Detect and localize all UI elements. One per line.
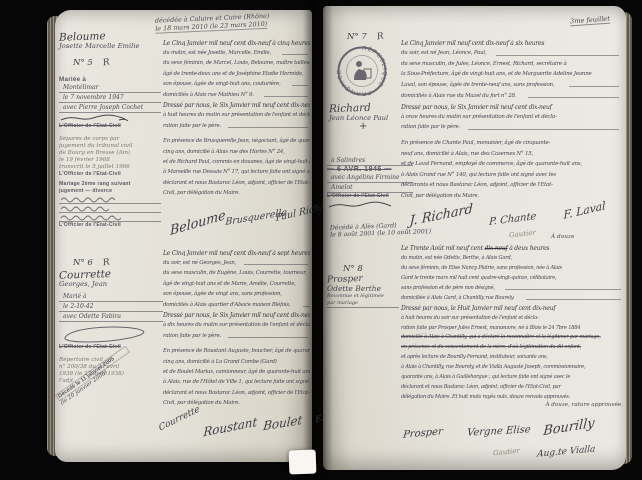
page-right: 3me feuillet N° 7 R RÉPUBLIQUE · FRANÇAI… bbox=[323, 6, 626, 470]
body-line: cinq ans, domicilié à La Grand Combe (Ga… bbox=[163, 355, 310, 365]
body-line-struck: domicilié à Alais à Chantilly, qui a déc… bbox=[401, 331, 623, 341]
body-line: son épouse, âgée de vingt-huit ans, cout… bbox=[163, 78, 310, 88]
body-line: Laval, son épouse, âgée de trente-neuf a… bbox=[401, 78, 621, 89]
separation-mention: Séparés de corps par jugement du tribuna… bbox=[59, 136, 161, 171]
marriage-date: le 2-10-42 bbox=[59, 302, 163, 312]
second-marriage-stamp-line1: Mariage 2ème rang suivant bbox=[59, 181, 161, 188]
marriage-mention-stamp: Mariée à bbox=[59, 76, 161, 83]
body-line: du sexe féminin, de Elise Nancy Platrie,… bbox=[401, 262, 623, 272]
record6-body: Le Cinq Janvier mil neuf cent dix-neuf à… bbox=[163, 246, 310, 407]
scribble-icon bbox=[59, 204, 117, 212]
signature: Bourilly bbox=[543, 416, 596, 440]
second-marriage-stamp-line2: jugement — divorce bbox=[59, 188, 161, 195]
body-line: Le Cinq Janvier mil neuf cent dix-neuf à… bbox=[163, 246, 310, 256]
body-line-struck: en présence et du consentement de la mèr… bbox=[401, 341, 623, 351]
body-line: domiciliés à Alais rue Mathieu N° 9. bbox=[163, 88, 310, 98]
record7-number-row: N° 7 R bbox=[329, 32, 399, 42]
signature: F. Laval bbox=[563, 199, 605, 222]
body-line: Civil, par délégation du Maire. bbox=[401, 189, 621, 200]
record8-act-number: N° 8 bbox=[343, 264, 363, 274]
marriage-spouse: avec Pierre Joseph Cochet bbox=[59, 103, 161, 113]
record5-number-row: N° 5 R bbox=[59, 58, 161, 68]
separation-line: de Bourg en Bresse (Ain) bbox=[59, 150, 161, 157]
body-line: domiciliés à Alais rue du Mazel du fort … bbox=[401, 89, 621, 100]
body-line: âgé de trente-deux ans et de Joséphine E… bbox=[163, 67, 310, 77]
line-fragment: Le Trente Août mil neuf cent bbox=[401, 244, 485, 252]
signature: Beloume bbox=[170, 208, 226, 239]
record6-act-number: N° 6 bbox=[73, 258, 93, 268]
body-line: ration faite par Prosper Jules Ernest, m… bbox=[401, 321, 623, 331]
body-line: Dressé par nous, le Six Janvier mil neuf… bbox=[163, 98, 310, 108]
officier-stamp: L'Officier de l'Etat-Civil bbox=[59, 171, 161, 178]
body-line: domiciliés à Alais quartier d'Alsace mai… bbox=[163, 298, 310, 308]
closing-approval-note: À douze, rature approuvée. bbox=[401, 402, 623, 408]
body-line: du sexe masculin, de Eugène, Louis, Cour… bbox=[163, 267, 310, 277]
officier-stamp: L'Officier de l'Etat-Civil bbox=[59, 222, 161, 229]
body-line: cinq ans, domicilié à Alais rue des Hort… bbox=[163, 145, 310, 155]
interline-correction: À douze bbox=[551, 234, 574, 240]
record7-surname: Richard bbox=[329, 101, 399, 115]
body-line: déclarant et nous Bastarac Léon, adjoint… bbox=[163, 176, 310, 186]
signature: P. Chante bbox=[489, 211, 537, 228]
illegible-handwriting bbox=[59, 213, 161, 222]
record7-signatures: J. Richard P. Chante F. Laval Gautier bbox=[401, 202, 623, 246]
separation-line: transcrit le 5 juillet 1966 bbox=[59, 164, 161, 171]
body-line: Civil, par délégation du Maire. bbox=[163, 186, 310, 196]
body-line: déclarant et nous Bastarac Léon, adjoint… bbox=[163, 386, 310, 396]
body-line: à Alais à Chantilly, rue Bourely, et de … bbox=[401, 361, 623, 371]
body-line: quarante ans, à Alais à Guillehorgue ; q… bbox=[401, 371, 623, 381]
officer-paraph: R bbox=[102, 257, 110, 268]
body-line: Dressé par nous, le Six Janvier mil neuf… bbox=[163, 308, 310, 318]
body-line: du matin, est née Odette, Berthe, à Alai… bbox=[401, 252, 623, 262]
civil-register-scan: décédée à Caluire et Cuire (Rhône) le 18… bbox=[0, 0, 642, 480]
body-line: la Sous-Préfecture, âgé de vingt-huit an… bbox=[401, 68, 621, 79]
body-line: ration faite par le père. bbox=[163, 329, 310, 339]
body-line: à onze heures du matin sur présentation … bbox=[401, 110, 621, 121]
body-line: du soir, est né Georges, Jean, bbox=[163, 256, 310, 266]
body-line: âgé de vingt-huit ans et de Marie, Améli… bbox=[163, 277, 310, 287]
marriage-date: le 7 novembre 1947 bbox=[59, 93, 161, 103]
bookmark-tab bbox=[289, 450, 317, 475]
body-line: à huit heures du soir sur présentation d… bbox=[401, 311, 623, 321]
swash-flourish-icon bbox=[59, 113, 131, 123]
signature-pencil: Gautier bbox=[509, 229, 537, 240]
signature: Aug.te Vialla bbox=[537, 444, 596, 459]
body-line: sans profession et de père non désigné, bbox=[401, 282, 623, 292]
illegible-handwriting bbox=[59, 204, 161, 213]
record7-body: Le Cinq Janvier mil neuf cent dix-neuf à… bbox=[401, 36, 621, 200]
record5-signatures: Beloume Brusquerelle Paul Richard bbox=[163, 202, 313, 244]
separation-line: Séparés de corps par bbox=[59, 136, 161, 143]
body-line: Le Cinq Janvier mil neuf cent dix-neuf à… bbox=[163, 36, 310, 46]
body-line: à huit heures du matin sur présentation … bbox=[163, 109, 310, 119]
body-line: et après lecture de Bourilly Fernand, in… bbox=[401, 351, 623, 361]
separation-line: jugement du tribunal civil bbox=[59, 143, 161, 150]
record8-signatures: Prosper Vergne Elise Bourilly Gautier Au… bbox=[401, 420, 623, 472]
struck-word: dix-neuf bbox=[485, 244, 508, 252]
officer-paraph: R bbox=[102, 57, 110, 68]
body-line: et de Laval Fernand, employé de commerce… bbox=[401, 158, 621, 169]
signature-pencil: Gautier bbox=[493, 447, 521, 458]
body-line: à dix heures du matin sur présentation d… bbox=[163, 319, 310, 329]
record5-margin: Beloume Josette Marcelle Emilie N° 5 R M… bbox=[59, 30, 161, 229]
signature: Roustant bbox=[203, 415, 257, 440]
legitimation-mention-line2: par mariage bbox=[327, 300, 399, 308]
body-line: ration faite par le père. bbox=[163, 119, 310, 129]
deceased-cross-mark: + bbox=[329, 122, 399, 132]
body-line: du soir, est né Jean, Léonce, Paul, bbox=[401, 47, 621, 58]
body-line: du sexe féminin, de Marcel, Louis, Belou… bbox=[163, 57, 310, 67]
illegible-handwriting bbox=[59, 195, 161, 204]
body-line: son épouse, âgée de vingt ans, sans prof… bbox=[163, 288, 310, 298]
signature: J. Richard bbox=[409, 202, 473, 230]
record8-body: À douze Le Trente Août mil neuf cent dix… bbox=[401, 242, 623, 408]
body-line: déclarant et nous Bastarac Léon, adjoint… bbox=[401, 380, 623, 390]
folio-corner-note: 3me feuillet bbox=[570, 15, 610, 27]
body-line: En présence de Chante Paul, menuisier, â… bbox=[401, 136, 621, 147]
body-line: Gard le trente mars mil huit cent quatre… bbox=[401, 272, 623, 282]
page-left: décédée à Caluire et Cuire (Rhône) le 18… bbox=[55, 10, 312, 462]
body-line: du matin, est née Josette, Marcelle, Emi… bbox=[163, 46, 310, 56]
body-line: Dressé par nous, le Huit Janvier mil neu… bbox=[401, 301, 623, 311]
record6-signatures: Courrette Roustant Boulet E. Gaston bbox=[155, 406, 313, 452]
signature: Boulet bbox=[263, 413, 303, 434]
body-line: Dressé par nous, le Six Janvier mil neuf… bbox=[401, 100, 621, 111]
body-line: neuf ans, domicilié à Alais, rue des Cas… bbox=[401, 147, 621, 158]
body-line: domiciliée à Alais Gard, à Chantilly rue… bbox=[401, 291, 623, 301]
swash-flourish-icon bbox=[327, 200, 397, 210]
signature: Courrette bbox=[158, 404, 201, 433]
body-line: et de Richard Paul, commis en douanes, â… bbox=[163, 155, 310, 165]
body-line: du sexe masculin, de Jules, Léonce, Erne… bbox=[401, 57, 621, 68]
body-line: déclarants et nous Bastarac Léon, adjoin… bbox=[401, 179, 621, 190]
body-line: Le Cinq Janvier mil neuf cent dix-neuf à… bbox=[401, 36, 621, 47]
body-line: à Alais Grand rue N° 140, qui lecture fa… bbox=[401, 168, 621, 179]
marriage-spouse: avec Odette Fabira bbox=[59, 312, 163, 322]
record5-body: Le Cinq Janvier mil neuf cent dix-neuf à… bbox=[163, 36, 310, 197]
scribble-icon bbox=[59, 213, 125, 221]
separation-line: le 19 février 1968 bbox=[59, 157, 161, 164]
signature: Prosper bbox=[403, 426, 444, 441]
republique-francaise-round-stamp-icon: RÉPUBLIQUE · FRANÇAISE · bbox=[335, 44, 389, 98]
legitimation-mention-line1: Reconnue et légitimée bbox=[327, 293, 399, 300]
body-line: à Marseille rue Dessais N° 17, qui lectu… bbox=[163, 166, 310, 176]
body-line: à Alais, rue de l'Hôtel de Ville 1, qui … bbox=[163, 376, 310, 386]
signature: Vergne Elise bbox=[467, 424, 532, 438]
officier-stamp-struck: L'Officier de l'Etat-Civil bbox=[59, 123, 161, 130]
body-line: En présence de Brusquerelle Jean, négoci… bbox=[163, 135, 310, 145]
record7-act-number: N° 7 bbox=[347, 32, 367, 42]
body-line: et de Boulet Marius, camionneur, âgé de … bbox=[163, 365, 310, 375]
body-line: En présence de Roustant Auguste, boucher… bbox=[163, 345, 310, 355]
oval-flourish-icon bbox=[59, 322, 151, 344]
marriage-place: Montélimar bbox=[59, 83, 161, 93]
record7-margin: N° 7 R RÉPUBLIQUE · FRANÇAISE · Richard … bbox=[329, 32, 399, 132]
line-fragment: à deux heures bbox=[507, 244, 549, 252]
body-line: délégation du Maire. Et huit mots rayés … bbox=[401, 390, 623, 400]
officer-paraph: R bbox=[376, 31, 384, 42]
record8-given-names: Odette Berthe bbox=[327, 284, 399, 293]
record5-act-number: N° 5 bbox=[73, 58, 93, 68]
marriage-label: Marié à bbox=[59, 292, 163, 302]
record8-margin: N° 8 Prosper Odette Berthe Reconnue et l… bbox=[327, 264, 399, 308]
officier-stamp-struck: L'Officier de l'Etat-Civil bbox=[59, 344, 163, 351]
body-line: ration faite par le père. bbox=[401, 121, 621, 132]
body-line: Le Trente Août mil neuf cent dix-neuf à … bbox=[401, 242, 623, 252]
scribble-icon bbox=[59, 195, 123, 203]
record5-death-annotation: décédée à Caluire et Cuire (Rhône) le 18… bbox=[155, 9, 326, 32]
